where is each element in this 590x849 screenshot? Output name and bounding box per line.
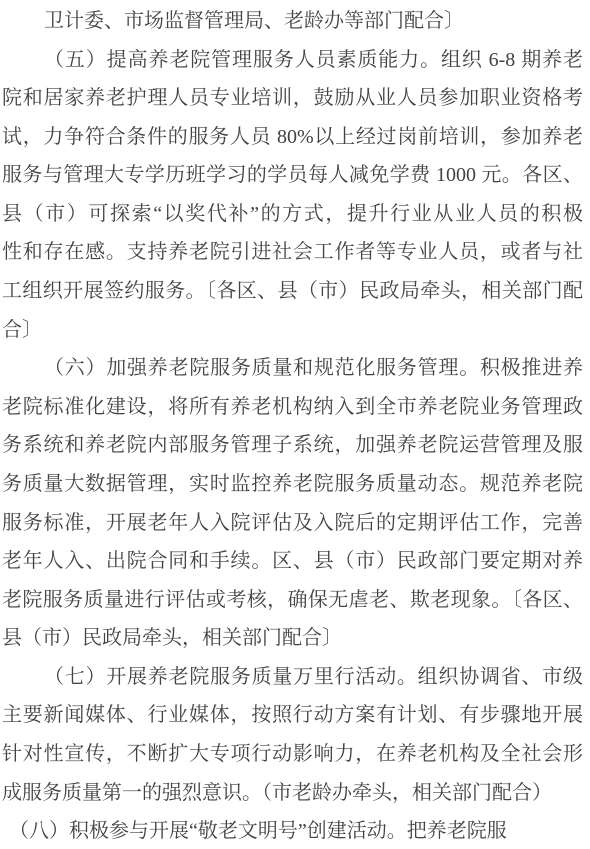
text-line: （五）提高养老院管理服务人员素质能力。组织 6-8 期养老 — [2, 41, 583, 80]
text-line: 老年人入、出院合同和手续。区、县（市）民政部门要定期对养 — [2, 542, 583, 581]
document-page: 卫计委、市场监督管理局、老龄办等部门配合〕（五）提高养老院管理服务人员素质能力。… — [0, 0, 590, 849]
text-line: 合〕 — [2, 311, 583, 350]
text-line: 县（市）民政局牵头，相关部门配合〕 — [2, 619, 583, 658]
text-line: 老院服务质量进行评估或考核，确保无虐老、欺老现象。〔各区、 — [2, 581, 583, 620]
text-line: 务系统和养老院内部服务管理子系统，加强养老院运营管理及服 — [2, 426, 583, 465]
text-line: 工组织开展签约服务。〔各区、县（市）民政局牵头，相关部门配 — [2, 272, 583, 311]
text-line: 试，力争符合条件的服务人员 80%以上经过岗前培训，参加养老 — [2, 118, 583, 157]
text-line: （六）加强养老院服务质量和规范化服务管理。积极推进养 — [2, 349, 583, 388]
text-line: 针对性宣传，不断扩大专项行动影响力，在养老机构及全社会形 — [2, 735, 583, 774]
text-line: 务质量大数据管理，实时监控养老院服务质量动态。规范养老院 — [2, 465, 583, 504]
text-line: （八）积极参与开展“敬老文明号”创建活动。把养老院服 — [2, 812, 583, 849]
text-line: 卫计委、市场监督管理局、老龄办等部门配合〕 — [2, 2, 583, 41]
text-line: 服务标准，开展老年人入院评估及入院后的定期评估工作，完善 — [2, 504, 583, 543]
text-line: （七）开展养老院服务质量万里行活动。组织协调省、市级 — [2, 658, 583, 697]
text-line: 主要新闻媒体、行业媒体，按照行动方案有计划、有步骤地开展 — [2, 696, 583, 735]
text-line: 成服务质量第一的强烈意识。（市老龄办牵头，相关部门配合） — [2, 774, 583, 813]
text-line: 性和存在感。支持养老院引进社会工作者等专业人员，或者与社 — [2, 233, 583, 272]
text-line: 县（市）可探索“以奖代补”的方式，提升行业从业人员的积极 — [2, 195, 583, 234]
text-line: 院和居家养老护理人员专业培训，鼓励从业人员参加职业资格考 — [2, 79, 583, 118]
text-line: 老院标准化建设，将所有养老机构纳入到全市养老院业务管理政 — [2, 388, 583, 427]
text-line: 服务与管理大专学历班学习的学员每人减免学费 1000 元。各区、 — [2, 156, 583, 195]
